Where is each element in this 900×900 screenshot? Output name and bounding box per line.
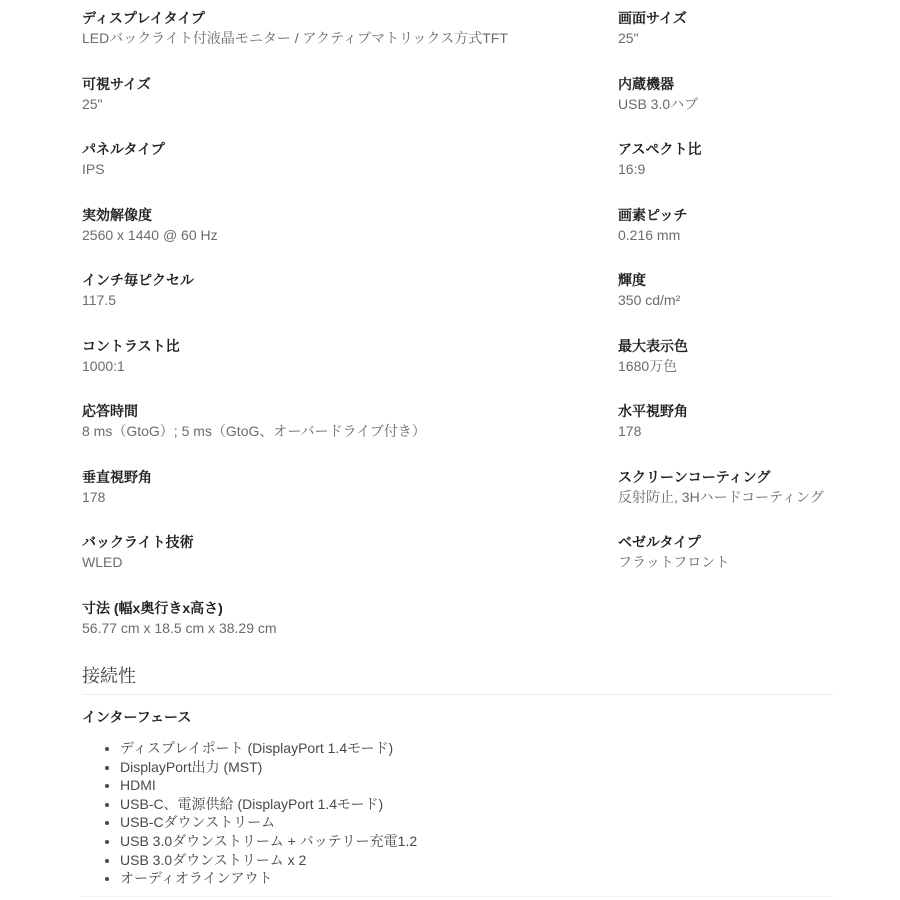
spec-item-pixels-per-inch: インチ毎ピクセル 117.5 [82,271,618,310]
spec-item-vertical-viewing-angle: 垂直視野角 178 [82,468,618,507]
bottom-divider [82,896,833,897]
spec-label: インチ毎ピクセル [82,271,618,290]
spec-value: 25" [618,29,833,48]
spec-item-brightness: 輝度 350 cd/m² [618,271,833,310]
spec-item-viewable-size: 可視サイズ 25" [82,75,618,114]
spec-value: 16:9 [618,160,833,179]
spec-label: 寸法 (幅x奥行きx高さ) [82,599,618,618]
spec-item-aspect-ratio: アスペクト比 16:9 [618,140,833,179]
section-title-connectivity: 接続性 [82,664,833,695]
spec-item-empty [618,599,833,600]
spec-value: 25" [82,95,618,114]
spec-item-panel-type: パネルタイプ IPS [82,140,618,179]
spec-label: ディスプレイタイプ [82,9,618,28]
spec-item-display-type: ディスプレイタイプ LEDバックライト付液晶モニター / アクティブマトリックス… [82,9,618,48]
spec-value: LEDバックライト付液晶モニター / アクティブマトリックス方式TFT [82,29,618,48]
spec-label: スクリーンコーティング [618,468,833,487]
spec-label: 実効解像度 [82,206,618,225]
interface-heading: インターフェース [82,708,833,727]
spec-label: 最大表示色 [618,337,833,356]
spec-label: バックライト技術 [82,533,618,552]
spec-item-max-colors: 最大表示色 1680万色 [618,337,833,376]
spec-item-screen-coating: スクリーンコーティング 反射防止, 3Hハードコーティング [618,468,833,507]
spec-grid: ディスプレイタイプ LEDバックライト付液晶モニター / アクティブマトリックス… [82,9,833,664]
list-item: USB 3.0ダウンストリーム + バッテリー充電1.2 [120,832,833,851]
list-item: USB-Cダウンストリーム [120,813,833,832]
spec-value: USB 3.0ハブ [618,95,833,114]
spec-label: コントラスト比 [82,337,618,356]
spec-value: 178 [82,488,618,507]
list-item: ディスプレイポート (DisplayPort 1.4モード) [120,739,833,758]
spec-item-horizontal-viewing-angle: 水平視野角 178 [618,402,833,441]
spec-label: 輝度 [618,271,833,290]
spec-value: 2560 x 1440 @ 60 Hz [82,226,618,245]
spec-value: WLED [82,553,618,572]
spec-label: 画面サイズ [618,9,833,28]
list-item: オーディオラインアウト [120,869,833,888]
spec-label: 応答時間 [82,402,618,421]
spec-value: 56.77 cm x 18.5 cm x 38.29 cm [82,619,618,638]
spec-item-pixel-pitch: 画素ピッチ 0.216 mm [618,206,833,245]
list-item: USB 3.0ダウンストリーム x 2 [120,851,833,870]
spec-value: 1000:1 [82,357,618,376]
spec-item-contrast-ratio: コントラスト比 1000:1 [82,337,618,376]
spec-item-native-resolution: 実効解像度 2560 x 1440 @ 60 Hz [82,206,618,245]
spec-label: アスペクト比 [618,140,833,159]
spec-label: 可視サイズ [82,75,618,94]
spec-value: 反射防止, 3Hハードコーティング [618,488,833,507]
spec-label: 垂直視野角 [82,468,618,487]
spec-value: 117.5 [82,291,618,310]
spec-item-response-time: 応答時間 8 ms（GtoG）; 5 ms（GtoG、オーバードライブ付き） [82,402,618,441]
spec-value: IPS [82,160,618,179]
spec-item-dimensions: 寸法 (幅x奥行きx高さ) 56.77 cm x 18.5 cm x 38.29… [82,599,618,638]
list-item: DisplayPort出力 (MST) [120,758,833,777]
spec-item-backlight-technology: バックライト技術 WLED [82,533,618,572]
spec-value: 350 cd/m² [618,291,833,310]
spec-label: ベゼルタイプ [618,533,833,552]
list-item: HDMI [120,776,833,795]
spec-item-screen-size: 画面サイズ 25" [618,9,833,48]
spec-value: フラットフロント [618,553,833,572]
spec-value: 0.216 mm [618,226,833,245]
list-item: USB-C、電源供給 (DisplayPort 1.4モード) [120,795,833,814]
spec-item-built-in-devices: 内蔵機器 USB 3.0ハブ [618,75,833,114]
spec-page: ディスプレイタイプ LEDバックライト付液晶モニター / アクティブマトリックス… [0,0,900,900]
spec-label: 画素ピッチ [618,206,833,225]
spec-value: 1680万色 [618,357,833,376]
spec-label: 内蔵機器 [618,75,833,94]
spec-value: 8 ms（GtoG）; 5 ms（GtoG、オーバードライブ付き） [82,422,618,441]
spec-value: 178 [618,422,833,441]
spec-label: 水平視野角 [618,402,833,421]
spec-label: パネルタイプ [82,140,618,159]
interface-list: ディスプレイポート (DisplayPort 1.4モード) DisplayPo… [82,739,833,888]
spec-item-bezel-type: ベゼルタイプ フラットフロント [618,533,833,572]
